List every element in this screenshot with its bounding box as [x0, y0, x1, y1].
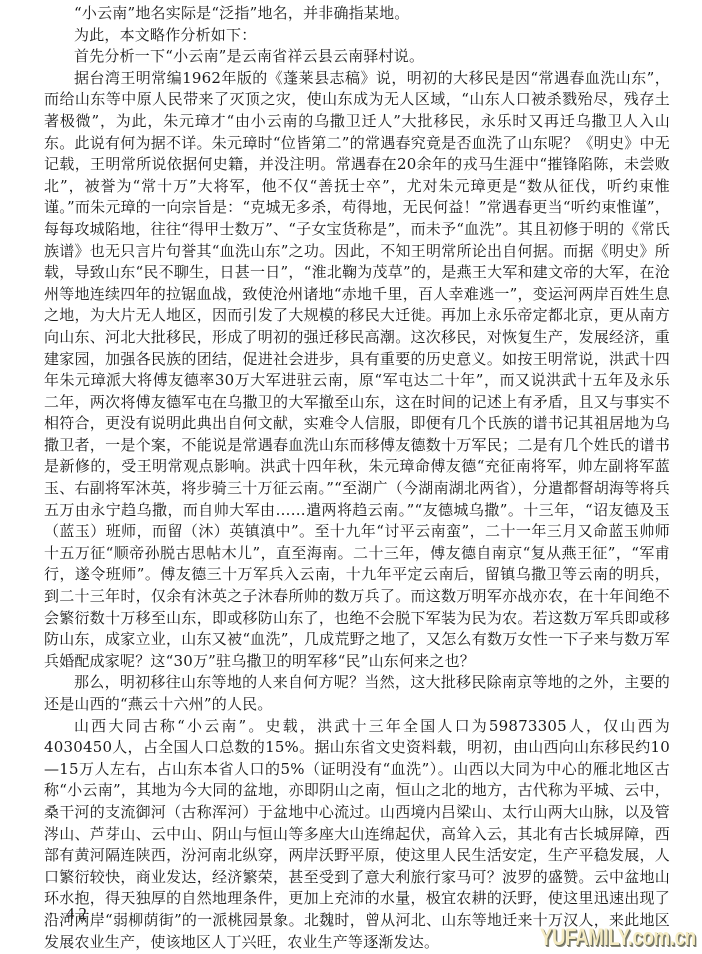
page-number: · 42 ·	[48, 904, 109, 924]
paragraph: 为此，本文略作分析如下：	[44, 25, 670, 47]
document-body: “小云南”地名实际是“泛指”地名，并非确指某地。 为此，本文略作分析如下： 首先…	[44, 3, 670, 953]
paragraph: 山西大同古称“小云南”。史载，洪武十三年全国人口为59873305人，仅山西为4…	[44, 716, 670, 954]
paragraph: 那么，明初移往山东等地的人来自何方呢？当然，这大批移民除南京等地的之外，主要的还…	[44, 672, 670, 715]
paragraph: 据台湾王明常编1962年版的《蓬莱县志稿》说，明初的大移民是因“常遇春血洗山东”…	[44, 68, 670, 673]
watermark-logo: YUFAMILY.com.cn	[540, 924, 696, 952]
paragraph: 首先分析一下“小云南”是云南省祥云县云南驿村说。	[44, 46, 670, 68]
paragraph: “小云南”地名实际是“泛指”地名，并非确指某地。	[44, 3, 670, 25]
